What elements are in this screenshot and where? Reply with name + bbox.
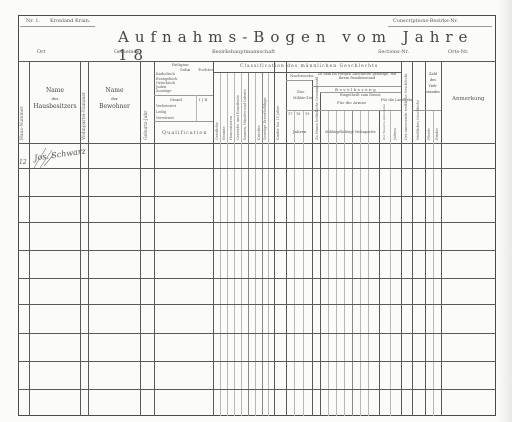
row-line [18, 196, 496, 197]
age-col: 19 [305, 113, 309, 117]
col-line [312, 80, 313, 416]
header-name-hausbesitzer: Name des Hausbesitzers [30, 86, 80, 112]
sub-col-line [328, 110, 329, 416]
col-line [88, 61, 89, 416]
class-col: Knechte [257, 125, 261, 140]
col-line [154, 61, 155, 416]
stand-title: Stand [170, 98, 182, 102]
col-line [213, 61, 214, 416]
class-col: Gewerbs- und Kunstleute [236, 95, 240, 140]
militaerpflichtige-label: Militärpflichtige Wohnpartei [325, 131, 376, 135]
sub-col-line [241, 72, 242, 416]
landwehr-sub: Jahren [393, 128, 397, 140]
class-col: Bauern, Häusler und Inleute [243, 89, 247, 140]
sub-col-line [248, 72, 249, 416]
conscription-district: Conscriptions-Bezirks-Nr. [393, 19, 458, 24]
religion-col-sohn: Sohn [180, 68, 190, 72]
classification-title: Classification des männlichen Geschlecht… [240, 65, 378, 70]
viehstand-label: Zahl des Vieh- standes [425, 72, 441, 96]
class-col: Sonstige Erwerbsfähige [263, 97, 267, 140]
landwehr-label: Für die Landwehr [381, 99, 413, 103]
eingetheilt-label: Eingetheilt zum Dienst [340, 94, 381, 98]
label: Name [30, 86, 80, 96]
col-line [320, 92, 321, 416]
landwehr-sub: Zur Reserve einberufen [382, 104, 386, 140]
vieh-pferde: Pferde [427, 128, 431, 140]
col-line [412, 61, 413, 416]
weibliche-label: Weibliches Geschlecht [416, 100, 420, 140]
col-line [425, 61, 426, 416]
sub-col-line [220, 72, 221, 416]
religion-row: Katholisch [156, 73, 175, 77]
religion-col-tochter: Tochter [198, 68, 213, 72]
field-ort: Ort [37, 50, 46, 55]
jahren-label: Jahren [293, 130, 306, 134]
stand-col: I | II [199, 98, 208, 102]
col-line [140, 61, 141, 416]
label: Hausbesitzers [30, 102, 80, 112]
col-line [80, 61, 81, 416]
class-col: Beamte [222, 126, 226, 140]
crownland: Kronland Krain. [50, 19, 90, 24]
vieh-rinder: Rinder [435, 128, 439, 140]
sub-col-line [303, 110, 304, 416]
sub-col-line [227, 72, 228, 416]
stand-row: Ledig [156, 111, 166, 115]
header-name-bewohner: Name der Bewohner [89, 86, 140, 112]
age-col: 18 [296, 113, 300, 117]
form-title: Aufnahms-Bogen vom Jahre 18 [118, 28, 512, 64]
row-line [18, 304, 496, 305]
row-line [18, 361, 496, 362]
row-line [18, 333, 496, 334]
sub-col-line [433, 110, 434, 416]
sub-col-line [234, 72, 235, 416]
field-section: Sections-Nr. [378, 50, 409, 55]
label: Name [89, 86, 140, 96]
armee-label: Für die Armee [337, 101, 366, 105]
class-col: Kinder bis 15 Jahre [276, 106, 280, 140]
sub-col-line [390, 110, 391, 416]
sub-col-line [360, 110, 361, 416]
form-number: Nr. 1. [26, 19, 40, 24]
anmerkung-label: Anmerkung [452, 97, 485, 103]
page-edge-shadow [498, 0, 512, 422]
row-line [18, 389, 496, 390]
col-line [401, 61, 402, 416]
underline [20, 26, 95, 27]
row-line [18, 222, 496, 223]
nachwuchs-line [286, 80, 312, 81]
col-line [286, 61, 287, 416]
row-line [18, 168, 496, 169]
nachwuchs-label: Nachwuchs [290, 74, 314, 78]
sub-col-line [336, 110, 337, 416]
abwesend-label: Zu Hause befindliche Gesammtzahl [315, 77, 319, 140]
sub-col-line [344, 110, 345, 416]
field-gemeinde: Gemeinde [114, 50, 140, 55]
religion-row: Sonstige [156, 90, 171, 94]
label: standes [425, 90, 441, 96]
sub-col-line [294, 110, 295, 416]
zur-label: Zur [297, 90, 304, 94]
zu-den-uebrigen-label: Zu dem im vorigen Abschnitte gehörige, m… [316, 73, 398, 80]
der-anwesende-label: Der anwesende weibliche Geschlecht [404, 74, 408, 140]
field-orts-nr: Orts-Nr. [448, 50, 469, 55]
col-line [274, 61, 275, 416]
header-haus-nummer: Haus-Nummer [20, 106, 25, 140]
militar-label: Militär-Zeit [293, 97, 313, 101]
row-line [18, 250, 496, 251]
stand-divider [196, 95, 197, 121]
header-wohnpartei: Wohnpartei-Nummer [82, 92, 87, 140]
field-bezirkshauptmannschaft: Bezirkshauptmannschaft [212, 50, 275, 55]
qualification-label: Qualification [162, 131, 208, 136]
stand-bottom [154, 121, 213, 122]
religion-bottom [154, 95, 213, 96]
class-col: Honoratioren [229, 116, 233, 140]
col-line [29, 61, 30, 416]
stand-row: Verwitwet [156, 117, 174, 121]
col-line [441, 61, 442, 416]
class-col: Geistliche [215, 122, 219, 140]
row-line [18, 278, 496, 279]
col-line [379, 110, 380, 416]
underline [388, 26, 492, 27]
entry-haus-nummer: 12 [19, 159, 27, 166]
sub-col-line [255, 72, 256, 416]
sub-col-line [352, 110, 353, 416]
age-col: 17 [288, 113, 292, 117]
label: Bewohner [89, 102, 140, 112]
handwriting-strokes [30, 144, 70, 170]
header-geburts-jahr: Geburts-Jahr [144, 111, 149, 140]
sub-col-line [368, 110, 369, 416]
stand-row: Verheiratet [156, 105, 176, 109]
bevoelkerung-label: Bevölkerung [335, 88, 377, 92]
sub-col-line [268, 72, 269, 416]
